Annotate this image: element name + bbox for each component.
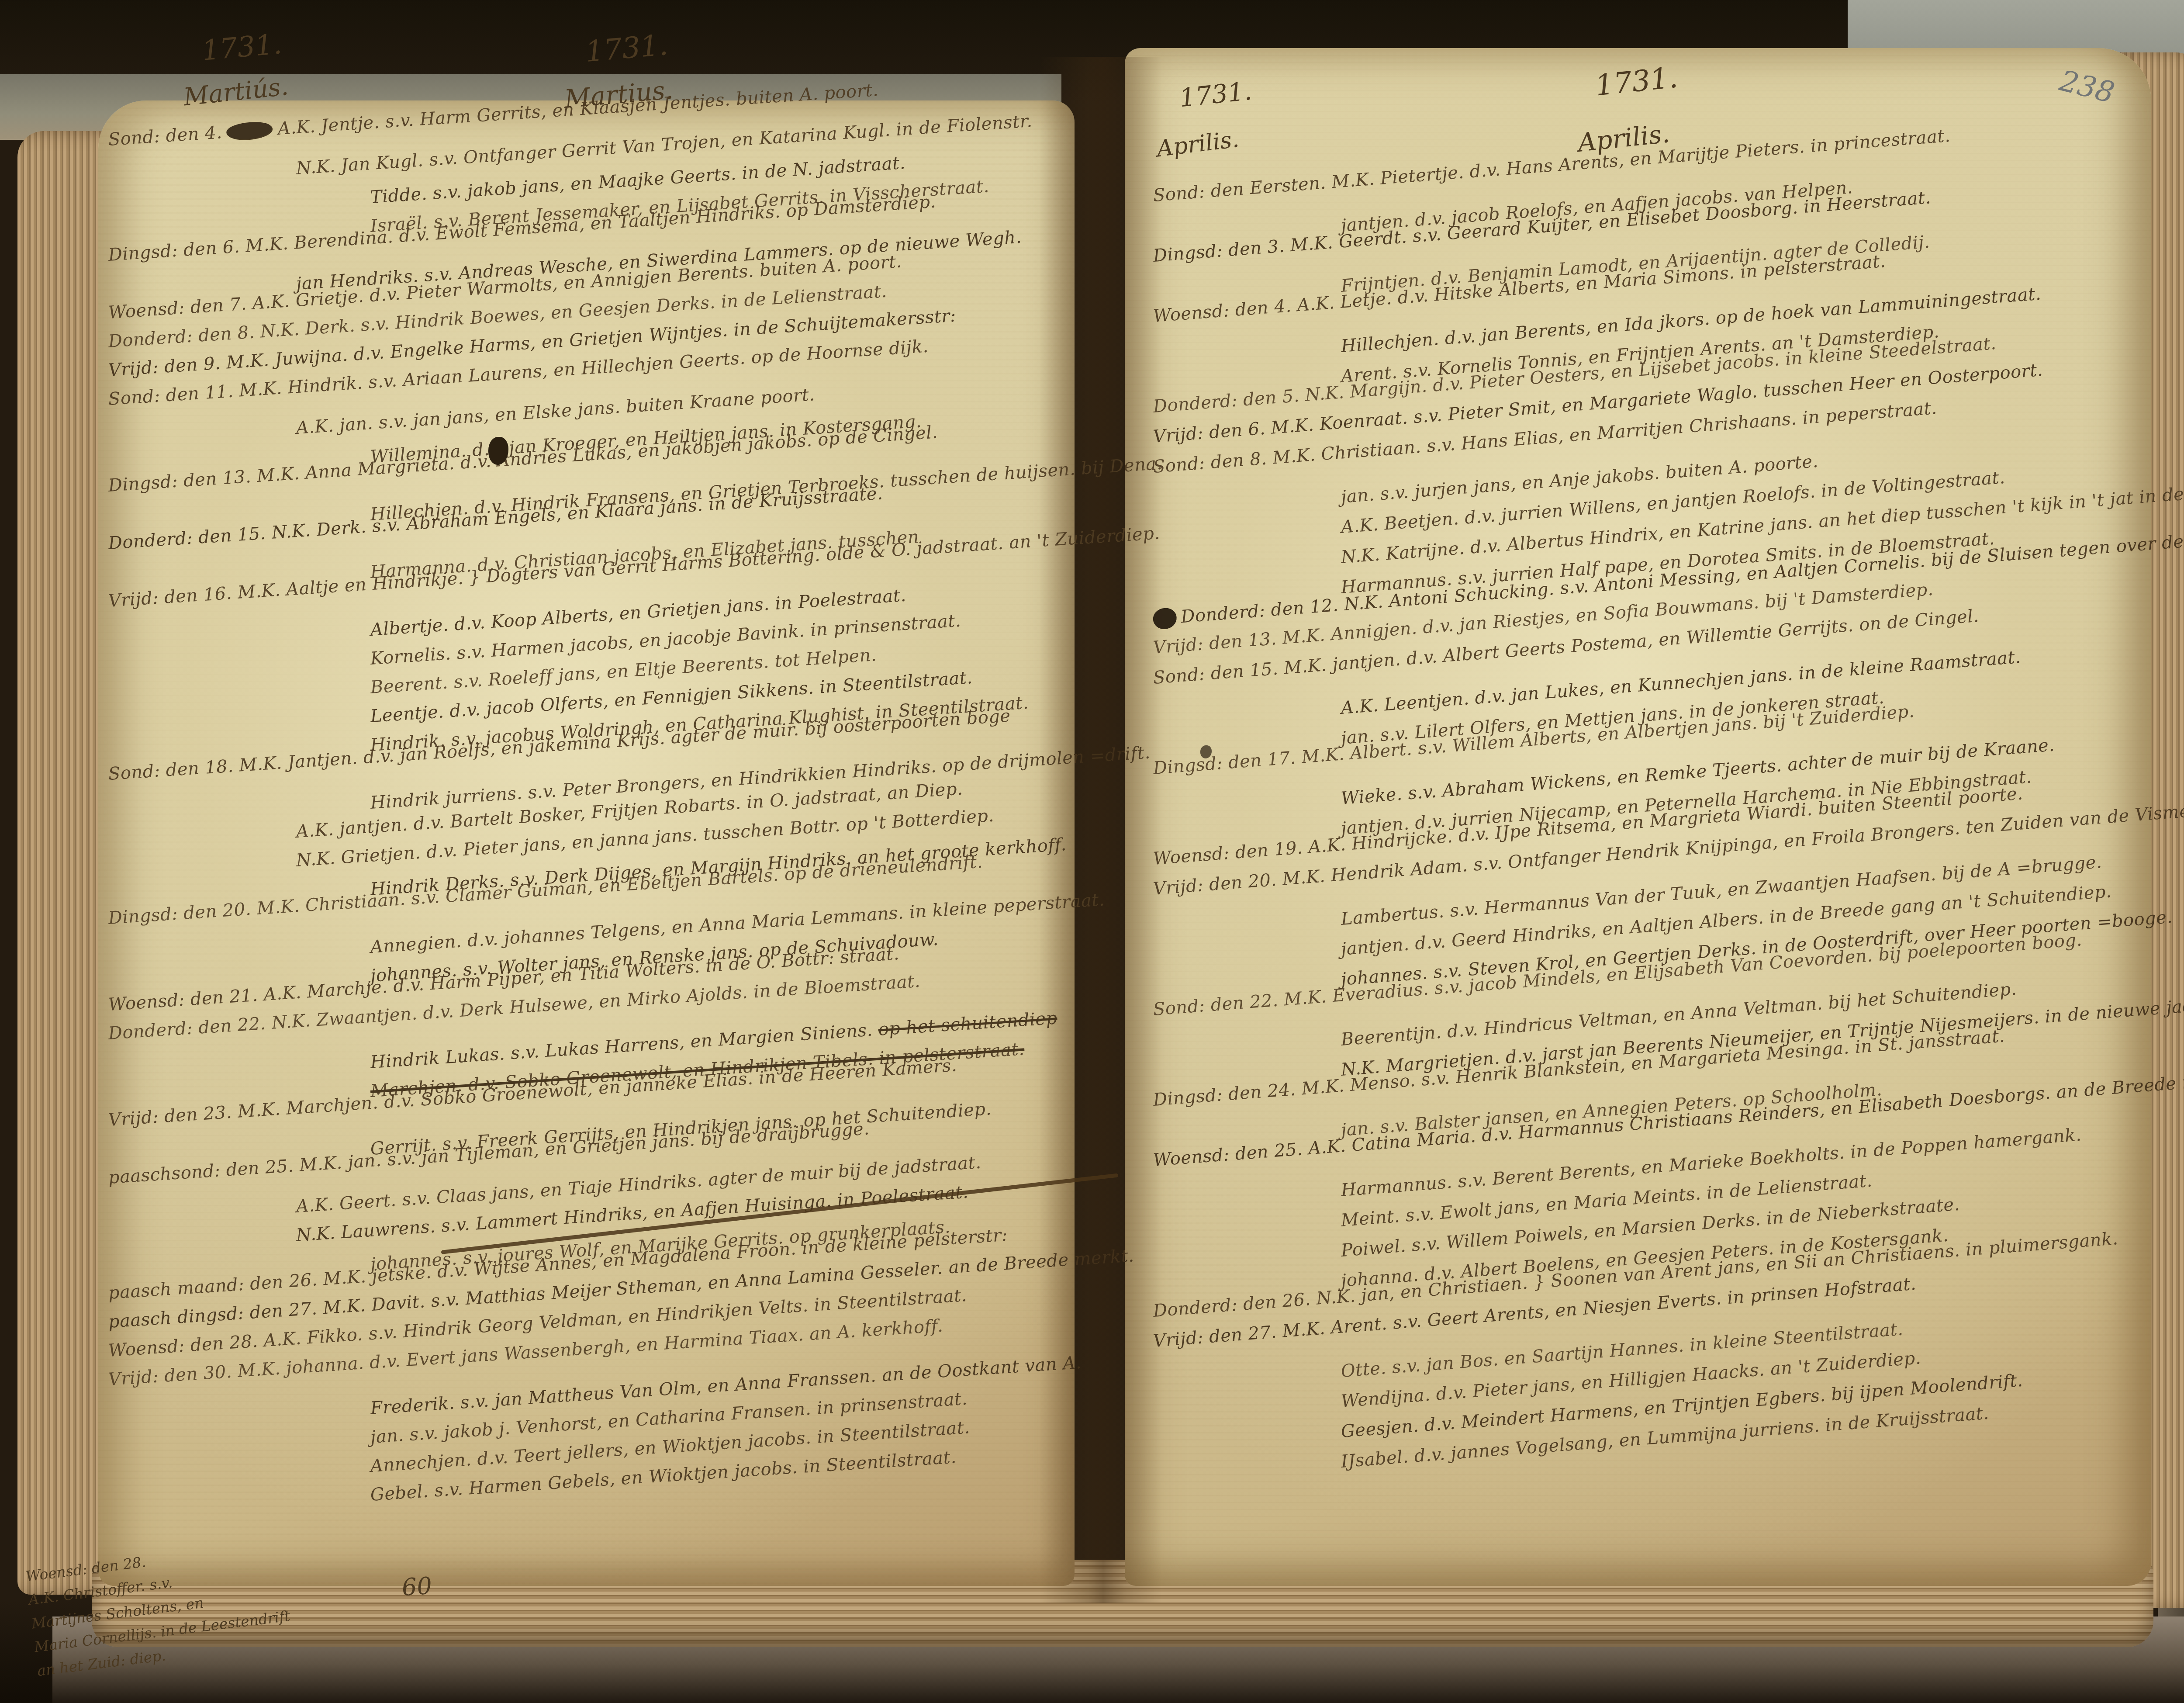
- page-gutter-shadow: [1040, 57, 1162, 1603]
- year-heading-left-2: 1731.: [584, 28, 669, 69]
- year-heading-left-1: 1731.: [200, 28, 283, 67]
- left-page: [98, 100, 1075, 1586]
- book-photo: { "page_number": "238", "folio_mark": "6…: [0, 0, 2184, 1703]
- right-page: [1125, 48, 2151, 1586]
- folio-mark: 60: [401, 1572, 433, 1602]
